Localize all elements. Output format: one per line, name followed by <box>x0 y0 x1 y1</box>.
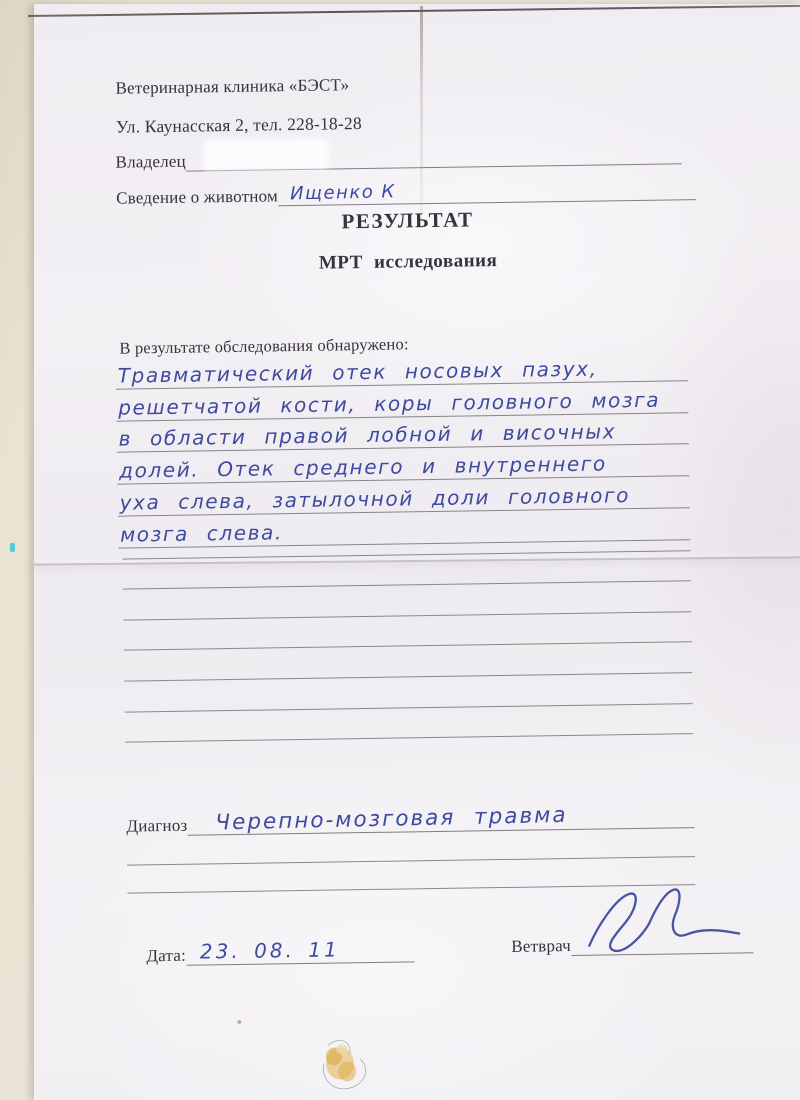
findings-block: Травматический отек носовых пазух, решет… <box>115 349 690 548</box>
clinic-name: Ветеринарная клиника «БЭСТ» <box>115 75 349 98</box>
owner-field-row: Владелец <box>115 136 681 172</box>
animal-blank-line: Ищенко К <box>278 171 697 206</box>
blank-ruled-lines <box>122 520 693 743</box>
animal-field-row: Сведение о животном Ищенко К <box>116 172 696 209</box>
date-handwriting: 23. 08. 11 <box>200 937 340 963</box>
date-label: Дата: <box>146 946 186 967</box>
date-line: 23. 08. 11 <box>186 931 415 965</box>
yellow-stain <box>299 1023 390 1100</box>
vet-row: Ветврач <box>511 921 753 957</box>
scanned-document: Ветеринарная клиника «БЭСТ» Ул. Каунасск… <box>0 0 800 1100</box>
signature-flourish <box>580 885 761 962</box>
whiteout-smudge <box>204 139 329 171</box>
stain-graphic <box>299 1023 390 1100</box>
title-block: РЕЗУЛЬТАТ МРТ исследования <box>29 203 786 279</box>
paper-speckle <box>237 1020 241 1024</box>
document-content: Ветеринарная клиника «БЭСТ» Ул. Каунасск… <box>26 0 800 1100</box>
owner-label: Владелец <box>115 152 186 173</box>
vet-line <box>571 920 754 956</box>
animal-label: Сведение о животном <box>116 186 278 208</box>
animal-handwriting: Ищенко К <box>290 181 396 204</box>
document-subtitle: МРТ исследования <box>30 246 786 279</box>
owner-blank-line <box>186 135 682 171</box>
vet-signature <box>580 885 761 967</box>
vet-label: Ветврач <box>511 936 571 957</box>
date-row: Дата: 23. 08. 11 <box>146 932 414 966</box>
clinic-address: Ул. Каунасская 2, тел. 228-18-28 <box>116 113 362 138</box>
paper-sheet: Ветеринарная клиника «БЭСТ» Ул. Каунасск… <box>34 4 800 1100</box>
diagnosis-label: Диагноз <box>126 816 187 837</box>
scanner-cyan-mark <box>10 543 15 552</box>
diagnosis-blank-lines <box>127 828 696 893</box>
